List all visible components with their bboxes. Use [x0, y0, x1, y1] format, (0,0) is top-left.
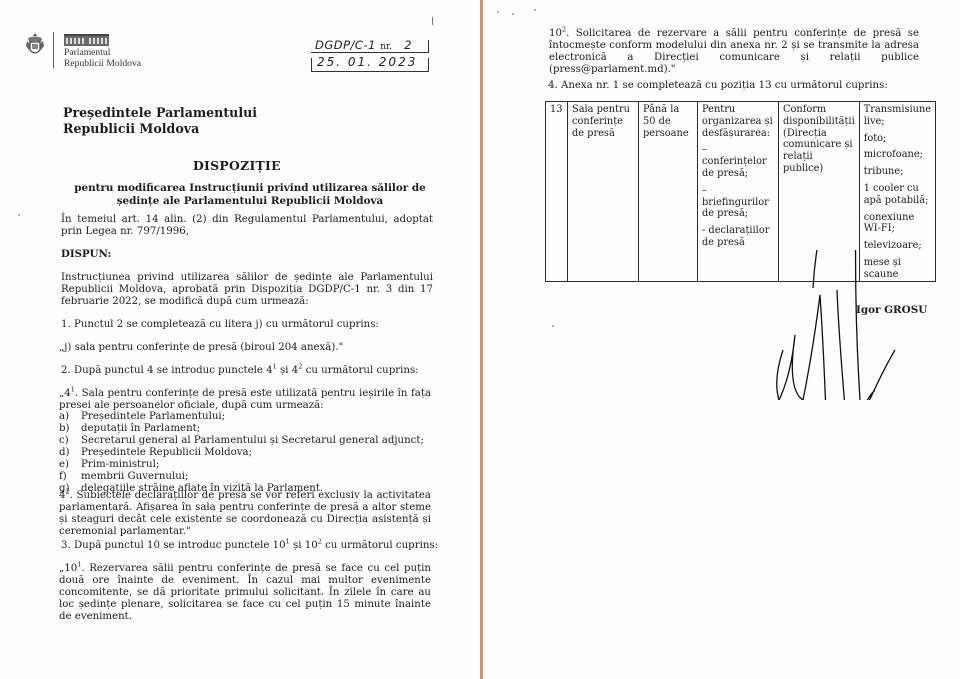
point-1: 1. Punctul 2 se completează cu litera j)… — [61, 319, 379, 331]
list-item: a)Președintele Parlamentului; — [59, 411, 225, 423]
moldova-coat-of-arms-icon — [26, 32, 44, 58]
point-2: 2. După punctul 4 se introduc punctele 4… — [61, 365, 419, 377]
handwritten-signature-icon — [755, 250, 905, 400]
cell-room: Sala pentru conferințe de presă — [568, 102, 639, 282]
logo-text: Parlamentul Republicii Moldova — [64, 48, 141, 69]
cell-capacity: Până la 50 de persoane — [639, 102, 698, 282]
paragraph-4-2: 42. Subiectele declarațiilor de presă se… — [59, 490, 431, 538]
list-text: Președintele Republicii Moldova; — [81, 447, 252, 458]
cell-nr: 13 — [546, 102, 568, 282]
list-text: deputații în Parlament; — [81, 423, 200, 434]
preamble: În temeiul art. 14 alin. (2) din Regulam… — [61, 214, 433, 238]
stamp-date: 25. 01. 2023 — [317, 55, 417, 69]
list-item: d)Președintele Republicii Moldova; — [59, 447, 252, 459]
parliament-building-icon — [64, 34, 109, 46]
list-text: membrii Guvernului; — [81, 471, 188, 482]
dispun-heading: DISPUN: — [61, 248, 111, 260]
document-subtitle: pentru modificarea Instrucțiunii privind… — [60, 182, 440, 207]
logo-line-2: Republicii Moldova — [64, 59, 141, 70]
list-letter: f) — [59, 471, 81, 483]
list-letter: c) — [59, 435, 81, 447]
list-letter: a) — [59, 411, 81, 423]
logo-line-1: Parlamentul — [64, 48, 141, 59]
point-1-quote: „j) sala pentru conferințe de presă (bir… — [59, 342, 343, 354]
paragraph-10-2: 102. Solicitarea de rezervare a sălii pe… — [549, 28, 919, 76]
list-text: Secretarul general al Parlamentului și S… — [81, 435, 424, 446]
issuer-title: Președintele Parlamentului Republicii Mo… — [63, 105, 257, 136]
stamp-reg-code: DGDP/C-1 — [315, 38, 376, 52]
list-letter: e) — [59, 459, 81, 471]
list-letter: b) — [59, 423, 81, 435]
issuer-line-2: Republicii Moldova — [63, 121, 257, 137]
registration-stamp: DGDP/C-1 nr. 2 25. 01. 2023 — [311, 38, 429, 76]
list-item: c)Secretarul general al Parlamentului și… — [59, 435, 424, 447]
intro-paragraph: Instrucțiunea privind utilizarea sălilor… — [61, 272, 433, 308]
paragraph-10-1: „101. Rezervarea sălii pentru conferințe… — [59, 563, 431, 623]
list-item: b)deputații în Parlament; — [59, 423, 200, 435]
point-4: 4. Anexa nr. 1 se completează cu poziția… — [548, 80, 888, 92]
issuer-line-1: Președintele Parlamentului — [63, 105, 257, 121]
stamp-number: 2 — [404, 38, 412, 52]
list-text: Președintele Parlamentului; — [81, 411, 225, 422]
logo-separator — [53, 32, 54, 68]
point-3: 3. După punctul 10 se introduc punctele … — [61, 540, 438, 552]
paragraph-4-1: „41. Sala pentru conferințe de presă est… — [59, 388, 431, 412]
list-letter: d) — [59, 447, 81, 459]
document-type: DISPOZIȚIE — [193, 160, 281, 172]
list-item: e)Prim-ministrul; — [59, 459, 159, 471]
stamp-nr-label: nr. — [380, 42, 392, 52]
list-text: Prim-ministrul; — [81, 459, 159, 470]
list-item: f)membrii Guvernului; — [59, 471, 188, 483]
margin-mark — [432, 17, 433, 25]
page-divider — [480, 0, 483, 679]
